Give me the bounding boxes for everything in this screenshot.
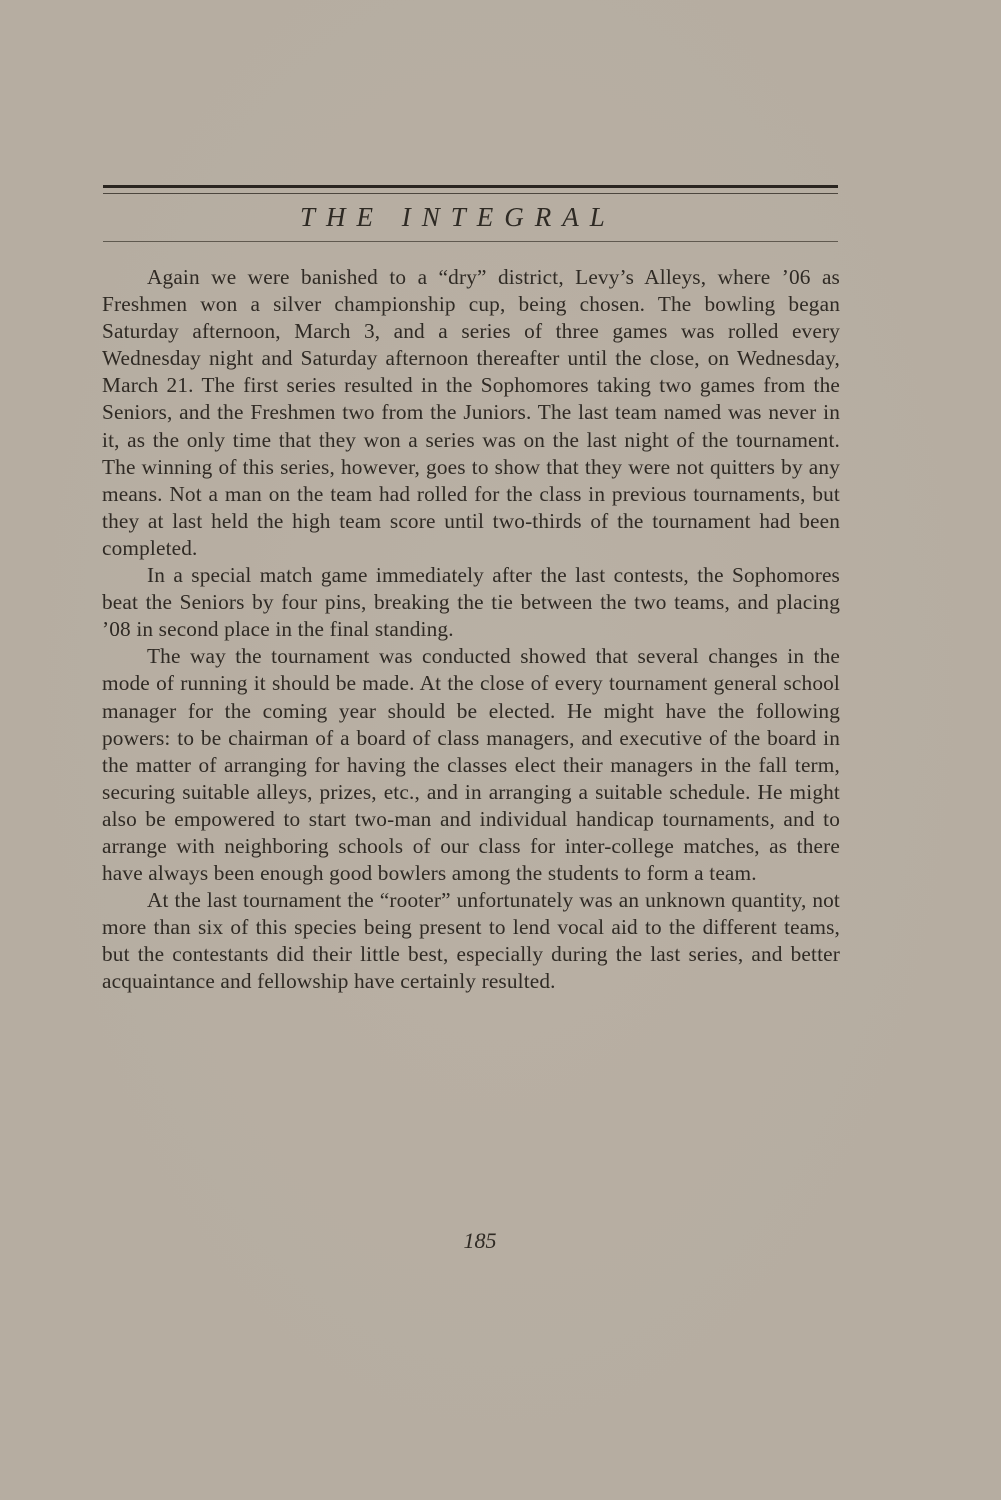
paragraph: In a special match game immediately afte… bbox=[102, 562, 840, 643]
page-number: 185 bbox=[440, 1228, 520, 1254]
body-text: Again we were banished to a “dry” distri… bbox=[102, 264, 840, 996]
paragraph: Again we were banished to a “dry” distri… bbox=[102, 264, 840, 562]
paragraph: The way the tournament was conducted sho… bbox=[102, 643, 840, 887]
header-rule-thin bbox=[103, 193, 838, 194]
book-page: THE INTEGRAL Again we were banished to a… bbox=[0, 0, 1001, 1500]
running-head-title: THE INTEGRAL bbox=[103, 200, 838, 234]
header-rule-bottom bbox=[103, 241, 838, 242]
paragraph: At the last tournament the “rooter” unfo… bbox=[102, 887, 840, 995]
header-rule-thick bbox=[103, 185, 838, 188]
